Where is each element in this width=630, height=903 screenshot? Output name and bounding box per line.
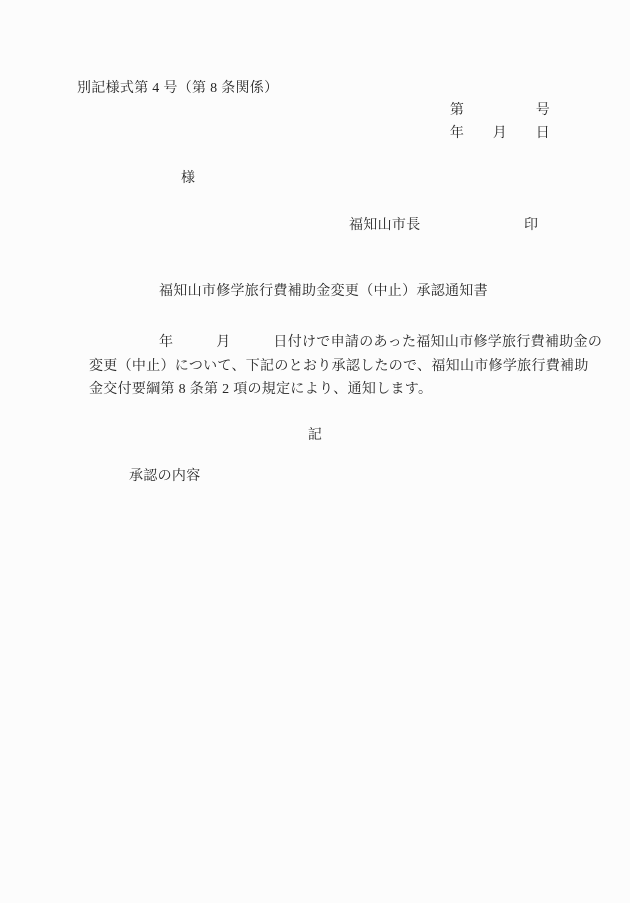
body-paragraph-line-1: 年 月 日付けで申請のあった福知山市修学旅行費補助金の (159, 334, 602, 351)
sender-mayor-label: 福知山市長 (349, 217, 421, 234)
ki-separator-label: 記 (0, 427, 630, 444)
document-number-line: 第 号 (450, 102, 550, 119)
document-title: 福知山市修学旅行費補助金変更（中止）承認通知書 (159, 283, 488, 300)
body-paragraph-line-3: 金交付要綱第 8 条第 2 項の規定により、通知します。 (89, 381, 432, 398)
addressee-sama-label: 様 (181, 170, 195, 187)
form-number-label: 別記様式第 4 号（第 8 条関係） (77, 80, 278, 97)
approval-content-heading: 承認の内容 (129, 468, 201, 485)
issue-date-line: 年 月 日 (450, 125, 550, 142)
document-page: 別記様式第 4 号（第 8 条関係） 第 号 年 月 日 様 福知山市長 印 福… (0, 0, 630, 903)
body-paragraph-line-2: 変更（中止）について、下記のとおり承認したので、福知山市修学旅行費補助 (89, 358, 589, 375)
seal-placeholder-label: 印 (524, 217, 538, 234)
